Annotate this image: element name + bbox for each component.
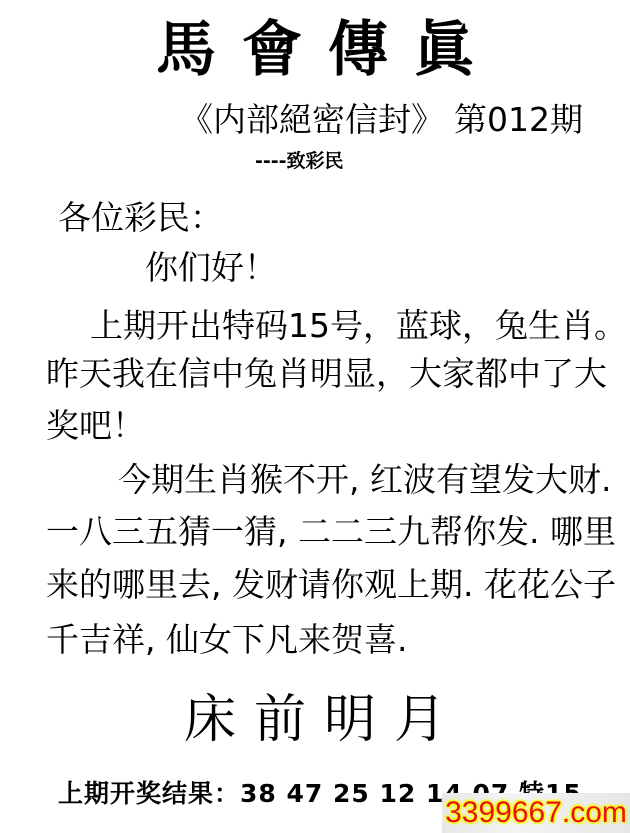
body-line: 奖吧！	[46, 406, 145, 446]
body-line: 一八三五猜一猜, 二二三九帮你发. 哪里	[46, 512, 616, 552]
last-result-label: 上期开奖结果：	[58, 779, 240, 808]
signature: 床前明月	[0, 688, 630, 752]
envelope-subtitle: 《内部絕密信封》	[180, 100, 444, 139]
salutation: 你们好！	[145, 248, 277, 288]
document-title: 馬會傳眞	[0, 14, 630, 86]
subtitle-line: 《内部絕密信封》第012期	[180, 100, 583, 140]
body-line: 千吉祥, 仙女下凡来贺喜.	[46, 620, 407, 660]
from-line: ----致彩民	[255, 148, 344, 174]
greeting: 各位彩民：	[58, 198, 223, 238]
body-line: 来的哪里去, 发财请你观上期. 花花公子	[46, 565, 616, 605]
watermark: 3399667.com	[442, 793, 630, 833]
body-line: 昨天我在信中兔肖明显，大家都中了大	[46, 354, 607, 394]
body-line: 今期生肖猴不开, 红波有望发大财.	[118, 460, 611, 500]
watermark-text: 3399667.com	[445, 795, 627, 831]
issue-number: 第012期	[454, 100, 583, 139]
body-line: 上期开出特码15号，蓝球，兔生肖。	[90, 306, 627, 346]
